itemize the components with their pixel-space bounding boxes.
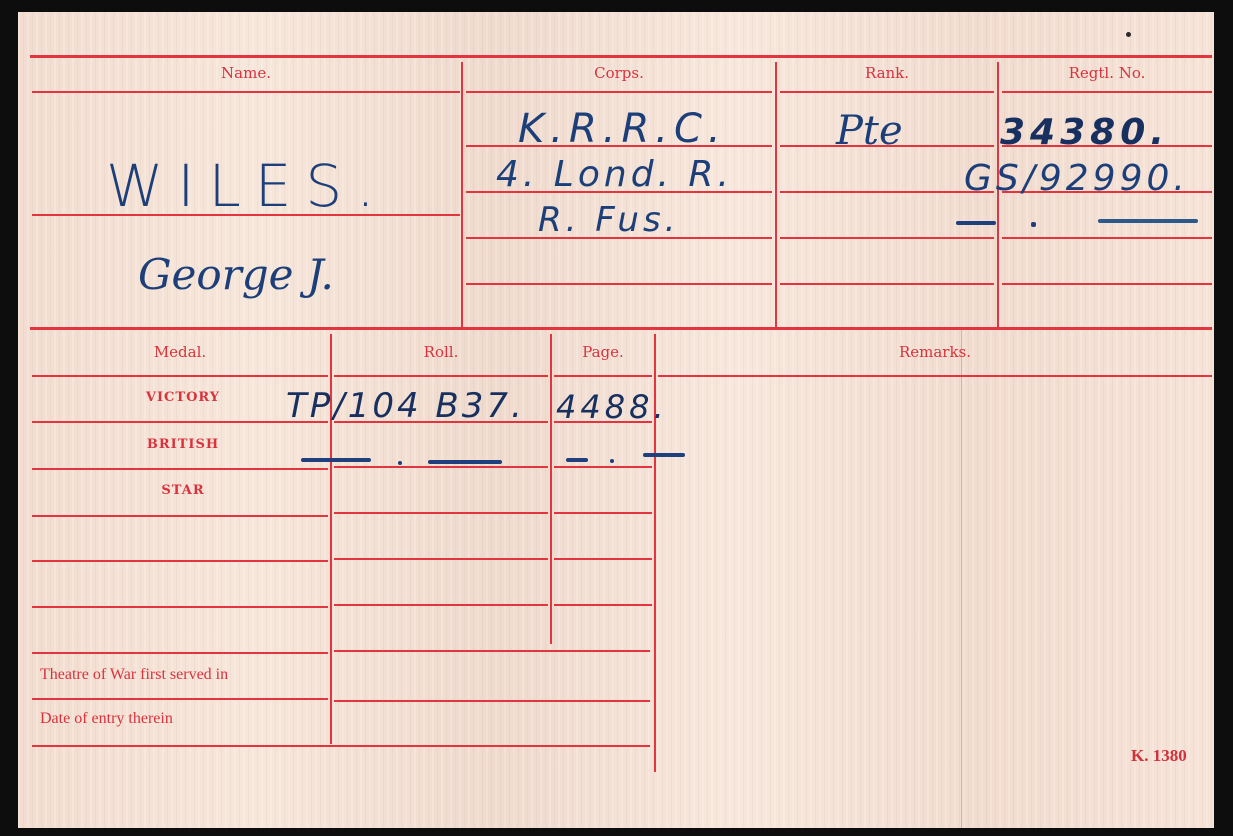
surname: WILES. xyxy=(106,152,389,220)
theatre-value-rule xyxy=(334,650,650,652)
medal-row-rule xyxy=(32,421,328,423)
medal-label-british: British xyxy=(128,437,238,452)
page-row-rule xyxy=(554,512,652,514)
roll-row-rule xyxy=(334,558,548,560)
name-header: Name. xyxy=(32,64,460,82)
british-roll-dot xyxy=(398,461,402,465)
medal-row-rule xyxy=(32,652,328,654)
date-of-entry-label: Date of entry therein xyxy=(40,710,173,728)
remarks-header: Remarks. xyxy=(658,343,1212,361)
regtl-row-rule xyxy=(1002,237,1212,239)
regtl-number-2: GS/92990. xyxy=(964,158,1189,199)
page-row-rule xyxy=(554,466,652,468)
form-number: K. 1380 xyxy=(1131,746,1187,766)
victory-roll: TP/104 B37. xyxy=(286,386,525,426)
rank-row-rule xyxy=(780,283,994,285)
medal-row-rule xyxy=(32,698,328,700)
regtl-header-rule xyxy=(1002,91,1212,93)
british-roll-dash-2 xyxy=(428,460,502,464)
section-rule xyxy=(30,327,1212,330)
page-header: Page. xyxy=(554,343,652,361)
roll-header-rule xyxy=(334,375,548,377)
medal-header-rule xyxy=(32,375,328,377)
roll-row-rule xyxy=(334,512,548,514)
british-roll-dash-1 xyxy=(301,458,371,462)
roll-header: Roll. xyxy=(334,343,548,361)
british-page-dot xyxy=(610,459,614,463)
medal-row-rule xyxy=(32,606,328,608)
corps-rank-divider xyxy=(775,62,777,328)
rank-header: Rank. xyxy=(780,64,994,82)
top-rule xyxy=(30,55,1212,58)
corps-row-rule xyxy=(466,283,772,285)
name-corps-divider xyxy=(461,62,463,328)
medal-header: Medal. xyxy=(32,343,328,361)
medal-row-rule xyxy=(32,515,328,517)
rank-row-rule xyxy=(780,191,994,193)
medal-index-card: Name. Corps. Rank. Regtl. No. WILES. Geo… xyxy=(18,12,1214,828)
medal-row-rule xyxy=(32,468,328,470)
regtl-row-rule xyxy=(1002,283,1212,285)
regtl-no-header: Regtl. No. xyxy=(1002,64,1212,82)
corps-line-3: R. Fus. xyxy=(538,200,680,240)
page-header-rule xyxy=(554,375,652,377)
british-page-dash-2 xyxy=(643,453,685,457)
corps-header-rule xyxy=(466,91,772,93)
page-row-rule xyxy=(554,604,652,606)
corps-line-1: K.R.R.C. xyxy=(518,106,727,152)
rank-value: Pte xyxy=(836,108,903,154)
medal-label-star: Star xyxy=(128,483,238,498)
page-row-rule xyxy=(554,558,652,560)
rank-row-rule xyxy=(780,237,994,239)
bottom-rule xyxy=(32,745,650,747)
date-value-rule xyxy=(334,700,650,702)
medal-row-rule xyxy=(32,560,328,562)
name-header-rule xyxy=(32,91,460,93)
corps-header: Corps. xyxy=(466,64,772,82)
roll-row-rule xyxy=(334,604,548,606)
regtl-dash-right xyxy=(1098,219,1198,223)
regtl-number-1: 34380. xyxy=(1000,112,1169,153)
paper-crease xyxy=(961,330,962,828)
british-page-dash-1 xyxy=(566,458,588,462)
forenames: George J. xyxy=(138,250,334,299)
theatre-label: Theatre of War first served in xyxy=(40,666,228,684)
medal-label-victory: Victory xyxy=(128,390,238,405)
corps-line-2: 4. Lond. R. xyxy=(496,154,733,195)
victory-page: 4488. xyxy=(556,388,668,426)
roll-row-rule xyxy=(334,466,548,468)
remarks-header-rule xyxy=(658,375,1212,377)
roll-page-divider xyxy=(550,334,552,644)
ink-speck xyxy=(1126,32,1131,37)
regtl-dash-left xyxy=(956,221,996,225)
rank-header-rule xyxy=(780,91,994,93)
regtl-dot xyxy=(1031,222,1036,227)
